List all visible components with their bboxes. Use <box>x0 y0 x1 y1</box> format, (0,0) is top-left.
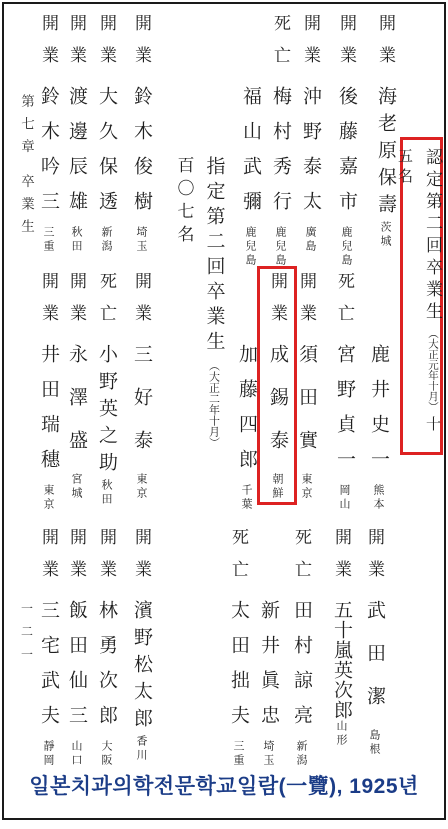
scanned-page: 認定第二回卒業生 （大正元年十月） 十五名 指定第二回卒業生 （大正二年十月） … <box>0 0 448 829</box>
graduate-place: 鹿兒島 <box>340 226 352 268</box>
entry-status: 開業 <box>61 272 91 344</box>
section-title: 認定第二回卒業生 <box>423 148 442 324</box>
graduate-name: 井田瑞穗 <box>38 344 59 484</box>
entry-status: 開業 <box>33 272 63 344</box>
graduate-place: 東京 <box>135 473 147 501</box>
graduate-entry: 開業 大久保透新潟 <box>91 14 121 254</box>
section-header-nintei-highlight-box: 認定第二回卒業生 （大正元年十月） 十五名 <box>400 137 443 455</box>
graduate-entry: 開業 鈴木吟三三重 <box>33 14 63 254</box>
section-header-nintei: 認定第二回卒業生 （大正元年十月） 十五名 <box>394 140 448 452</box>
entry-status: 死亡 <box>265 14 295 86</box>
graduate-place: 新潟 <box>295 740 307 768</box>
graduate-entry: 鹿井史一熊本 <box>363 272 393 512</box>
graduate-name: 須田實 <box>296 344 317 473</box>
graduate-name: 梅村秀行 <box>270 86 291 226</box>
graduate-name: 飯田仙三 <box>66 600 87 740</box>
graduate-place: 宮城 <box>70 473 82 501</box>
graduate-place: 東京 <box>42 484 54 512</box>
graduate-name: 三好泰 <box>131 344 152 473</box>
entry-status: 開業 <box>359 528 389 600</box>
section-title: 指定第二回卒業生 <box>204 156 225 356</box>
graduate-place: 新潟 <box>100 226 112 254</box>
entry-status: 開業 <box>326 528 356 600</box>
entry-status: 開業 <box>61 528 91 600</box>
graduate-entry: 死亡 田村諒亮新潟 <box>286 528 316 768</box>
graduate-entry: 死亡 梅村秀行鹿兒島 <box>265 14 295 268</box>
graduate-place: 千葉 <box>240 484 252 512</box>
entry-status: 開業 <box>91 14 121 86</box>
graduate-name: 太田拙夫 <box>228 600 249 740</box>
graduate-place: 大阪 <box>100 740 112 768</box>
entry-status: 開業 <box>295 14 325 86</box>
graduate-name: 渡邊辰雄 <box>66 86 87 226</box>
graduate-entry: 開業 三宅武夫靜岡 <box>33 528 63 768</box>
entry-status: 開業 <box>370 14 400 86</box>
graduate-entry: 開業 濱野松太郎香川 <box>126 528 156 763</box>
section-header-shitei-text: 指定第二回卒業生 （大正二年十月） 百〇七名 <box>172 148 231 470</box>
graduate-place: 鹿兒島 <box>244 226 256 268</box>
section-date-note: （大正元年十月） <box>427 328 438 412</box>
graduate-place: 山形 <box>335 720 347 748</box>
entry-status: 開業 <box>126 272 156 344</box>
graduate-name: 五十嵐英次郎 <box>331 600 352 720</box>
graduate-place: 靜岡 <box>42 740 54 768</box>
graduate-place: 鹿兒島 <box>274 226 286 268</box>
graduate-entry: 開業 海老原保壽茨城 <box>370 14 400 249</box>
graduate-name: 林勇次郎 <box>96 600 117 740</box>
graduate-name: 小野英之助 <box>96 344 117 479</box>
graduate-entry: 新井眞忠埼玉 <box>253 528 283 768</box>
graduate-place: 三重 <box>232 740 244 768</box>
entry-status: 開業 <box>126 528 156 600</box>
graduate-place: 廣島 <box>304 226 316 254</box>
graduate-name: 海老原保壽 <box>375 86 396 221</box>
graduate-name: 三宅武夫 <box>38 600 59 740</box>
graduate-entry: 開業 井田瑞穗東京 <box>33 272 63 512</box>
graduate-entry: 開業 沖野泰太廣島 <box>295 14 325 254</box>
graduate-entry: 開業 鈴木俊樹埼玉 <box>126 14 156 254</box>
section-date-note: （大正二年十月） <box>208 360 220 448</box>
graduate-name: 宮野貞一 <box>334 344 355 484</box>
graduate-entry: 開業 林勇次郎大阪 <box>91 528 121 768</box>
graduate-name: 新井眞忠 <box>258 600 279 740</box>
graduate-name: 福山武彌 <box>240 86 261 226</box>
section-header-shitei: 指定第二回卒業生 （大正二年十月） 百〇七名 <box>184 148 218 470</box>
chapter-number: 第七章 <box>19 94 34 162</box>
graduate-entry: 開業 三好泰東京 <box>126 272 156 501</box>
graduate-name: 鹿井史一 <box>368 344 389 484</box>
entry-status: 開業 <box>33 14 63 86</box>
graduate-name: 武田潔 <box>364 600 385 729</box>
graduate-place: 島根 <box>368 729 380 757</box>
graduate-place: 埼玉 <box>135 226 147 254</box>
graduate-entry: 福山武彌鹿兒島 <box>235 14 265 268</box>
entry-status: 死亡 <box>329 272 359 344</box>
graduate-name: 鈴木吟三 <box>38 86 59 226</box>
graduate-name: 永澤盛 <box>66 344 87 473</box>
graduate-entry: 開業 永澤盛宮城 <box>61 272 91 501</box>
chapter-title: 卒業生 <box>19 174 34 242</box>
graduate-name: 鈴木俊樹 <box>131 86 152 226</box>
entry-status: 開業 <box>91 528 121 600</box>
entry-status: 開業 <box>33 528 63 600</box>
graduate-entry: 開業 武田潔島根 <box>359 528 389 757</box>
graduate-name: 濱野松太郎 <box>131 600 152 735</box>
section-count: 百〇七名 <box>175 156 194 248</box>
graduate-entry: 死亡 小野英之助秋田 <box>91 272 121 507</box>
graduate-place: 香川 <box>135 735 147 763</box>
graduate-name: 沖野泰太 <box>300 86 321 226</box>
graduate-place: 岡山 <box>338 484 350 512</box>
graduate-entry: 開業 五十嵐英次郎山形 <box>326 528 356 748</box>
graduate-place: 山口 <box>70 740 82 768</box>
graduate-place: 埼玉 <box>262 740 274 768</box>
graduate-name: 加藤四郎 <box>236 344 257 484</box>
graduate-place: 秋田 <box>100 479 112 507</box>
entry-status: 開業 <box>331 14 361 86</box>
entry-status: 開業 <box>126 14 156 86</box>
graduate-entry: 開業 飯田仙三山口 <box>61 528 91 768</box>
graduate-place: 秋田 <box>70 226 82 254</box>
graduate-place: 茨城 <box>379 221 391 249</box>
graduate-entry: 開業 後藤嘉市鹿兒島 <box>331 14 361 268</box>
graduate-entry: 死亡 宮野貞一岡山 <box>329 272 359 512</box>
highlight-box-graduate <box>257 266 297 505</box>
entry-status: 死亡 <box>223 528 253 600</box>
caption-text: 일본치과의학전문학교일람(一覽), 1925년 <box>2 770 446 800</box>
entry-status: 死亡 <box>286 528 316 600</box>
graduate-place: 東京 <box>300 473 312 501</box>
entry-status: 死亡 <box>91 272 121 344</box>
graduate-name: 大久保透 <box>96 86 117 226</box>
graduate-entry: 開業 渡邊辰雄秋田 <box>61 14 91 254</box>
entry-status: 開業 <box>61 14 91 86</box>
graduate-place: 熊本 <box>372 484 384 512</box>
graduate-entry: 死亡 太田拙夫三重 <box>223 528 253 768</box>
graduate-name: 後藤嘉市 <box>336 86 357 226</box>
graduate-name: 田村諒亮 <box>291 600 312 740</box>
graduate-place: 三重 <box>42 226 54 254</box>
